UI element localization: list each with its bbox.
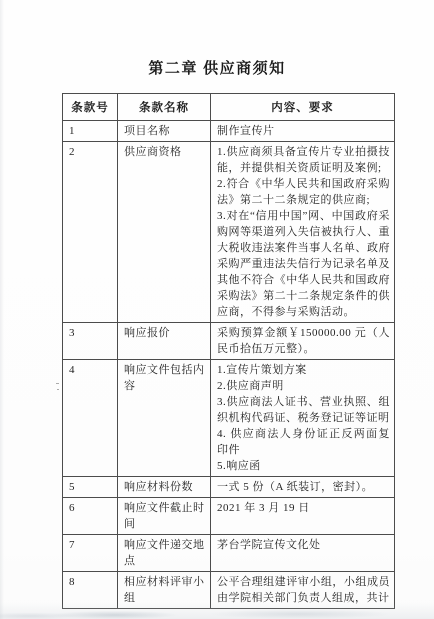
- clause-name-cell: 响应报价: [118, 323, 211, 360]
- content-paragraph: 1.宣传片策划方案: [217, 362, 390, 378]
- clause-name-cell: 供应商资格: [118, 142, 211, 323]
- table-row: 4响应文件包括内容1.宣传片策划方案2.供应商声明3.供应商法人证书、营业执照、…: [63, 360, 395, 477]
- clause-content-cell: 一式 5 份（A 纸装订，密封）。: [211, 477, 395, 498]
- scan-edge-shading: [0, 0, 4, 619]
- clause-no-cell: 6: [63, 498, 118, 535]
- content-paragraph: 2.符合《中华人民共和国政府采购法》第二十二条规定的供应商;: [217, 176, 390, 208]
- column-header-clause-name: 条款名称: [118, 94, 211, 121]
- column-header-content: 内容、要求: [211, 94, 395, 121]
- clause-content-cell: 公平合理组建评审小组，小组成员由学院相关部门负责人组成，共计: [211, 572, 395, 609]
- clause-content-cell: 茅台学院宣传文化处: [211, 535, 395, 572]
- content-paragraph: 2.供应商声明: [217, 378, 390, 394]
- content-paragraph: 制作宣传片: [217, 123, 390, 139]
- chapter-title: 第二章 供应商须知: [6, 57, 428, 78]
- table-row: 6响应文件截止时间2021 年 3 月 19 日: [63, 498, 395, 535]
- clause-no-cell: 2: [63, 142, 118, 323]
- table-body: 1项目名称制作宣传片2供应商资格1.供应商须具备宣传片专业拍摄技能，并提供相关资…: [63, 121, 395, 609]
- clause-no-cell: 4: [63, 360, 118, 477]
- supplier-notice-table: 条款号 条款名称 内容、要求 1项目名称制作宣传片2供应商资格1.供应商须具备宣…: [62, 93, 395, 609]
- content-paragraph: 5.响应函: [217, 458, 390, 474]
- clause-name-cell: 相应材料评审小组: [118, 572, 211, 609]
- clause-content-cell: 1.宣传片策划方案2.供应商声明3.供应商法人证书、营业执照、组织机构代码证、税…: [211, 360, 395, 477]
- clause-content-cell: 采购预算金额￥150000.00 元（人民币拾伍万元整）。: [211, 323, 395, 360]
- content-paragraph: 采购预算金额￥150000.00 元（人民币拾伍万元整）。: [217, 325, 390, 357]
- clause-name-cell: 项目名称: [118, 121, 211, 142]
- content-paragraph: 1.供应商须具备宣传片专业拍摄技能，并提供相关资质证明及案例;: [217, 144, 390, 176]
- content-paragraph: 3.供应商法人证书、营业执照、组织机构代码证、税务登记证等证明: [217, 394, 390, 426]
- content-paragraph: 3.对在“信用中国”网、中国政府采购网等渠道列入失信被执行人、重大税收违法案件当…: [217, 208, 390, 320]
- clause-no-cell: 7: [63, 535, 118, 572]
- clause-name-cell: 响应文件截止时间: [118, 498, 211, 535]
- scanned-document-page: 第二章 供应商须知 条款号 条款名称 内容、要求 1项目名称制作宣传片2供应商资…: [0, 0, 434, 619]
- scan-speck: [56, 383, 59, 384]
- clause-content-cell: 2021 年 3 月 19 日: [211, 498, 395, 535]
- column-header-clause-no: 条款号: [63, 94, 118, 121]
- clause-content-cell: 1.供应商须具备宣传片专业拍摄技能，并提供相关资质证明及案例;2.符合《中华人民…: [211, 142, 395, 323]
- table-row: 8相应材料评审小组公平合理组建评审小组，小组成员由学院相关部门负责人组成，共计: [63, 572, 395, 609]
- clause-no-cell: 5: [63, 477, 118, 498]
- content-paragraph: 茅台学院宣传文化处: [217, 537, 390, 553]
- content-paragraph: 2021 年 3 月 19 日: [217, 500, 390, 516]
- clause-name-cell: 响应材料份数: [118, 477, 211, 498]
- table-header-row: 条款号 条款名称 内容、要求: [63, 94, 395, 121]
- clause-name-cell: 响应文件递交地点: [118, 535, 211, 572]
- content-paragraph: 4. 供应商法人身份证正反两面复印件: [217, 426, 390, 458]
- table-row: 3响应报价采购预算金额￥150000.00 元（人民币拾伍万元整）。: [63, 323, 395, 360]
- clause-name-cell: 响应文件包括内容: [118, 360, 211, 477]
- clause-no-cell: 1: [63, 121, 118, 142]
- clause-no-cell: 3: [63, 323, 118, 360]
- scan-speck: [57, 389, 59, 390]
- table-row: 7响应文件递交地点茅台学院宣传文化处: [63, 535, 395, 572]
- table-row: 1项目名称制作宣传片: [63, 121, 395, 142]
- table-row: 2供应商资格1.供应商须具备宣传片专业拍摄技能，并提供相关资质证明及案例;2.符…: [63, 142, 395, 323]
- table-row: 5响应材料份数一式 5 份（A 纸装订，密封）。: [63, 477, 395, 498]
- clause-content-cell: 制作宣传片: [211, 121, 395, 142]
- content-paragraph: 公平合理组建评审小组，小组成员由学院相关部门负责人组成，共计: [217, 574, 390, 606]
- content-paragraph: 一式 5 份（A 纸装订，密封）。: [217, 479, 390, 495]
- clause-no-cell: 8: [63, 572, 118, 609]
